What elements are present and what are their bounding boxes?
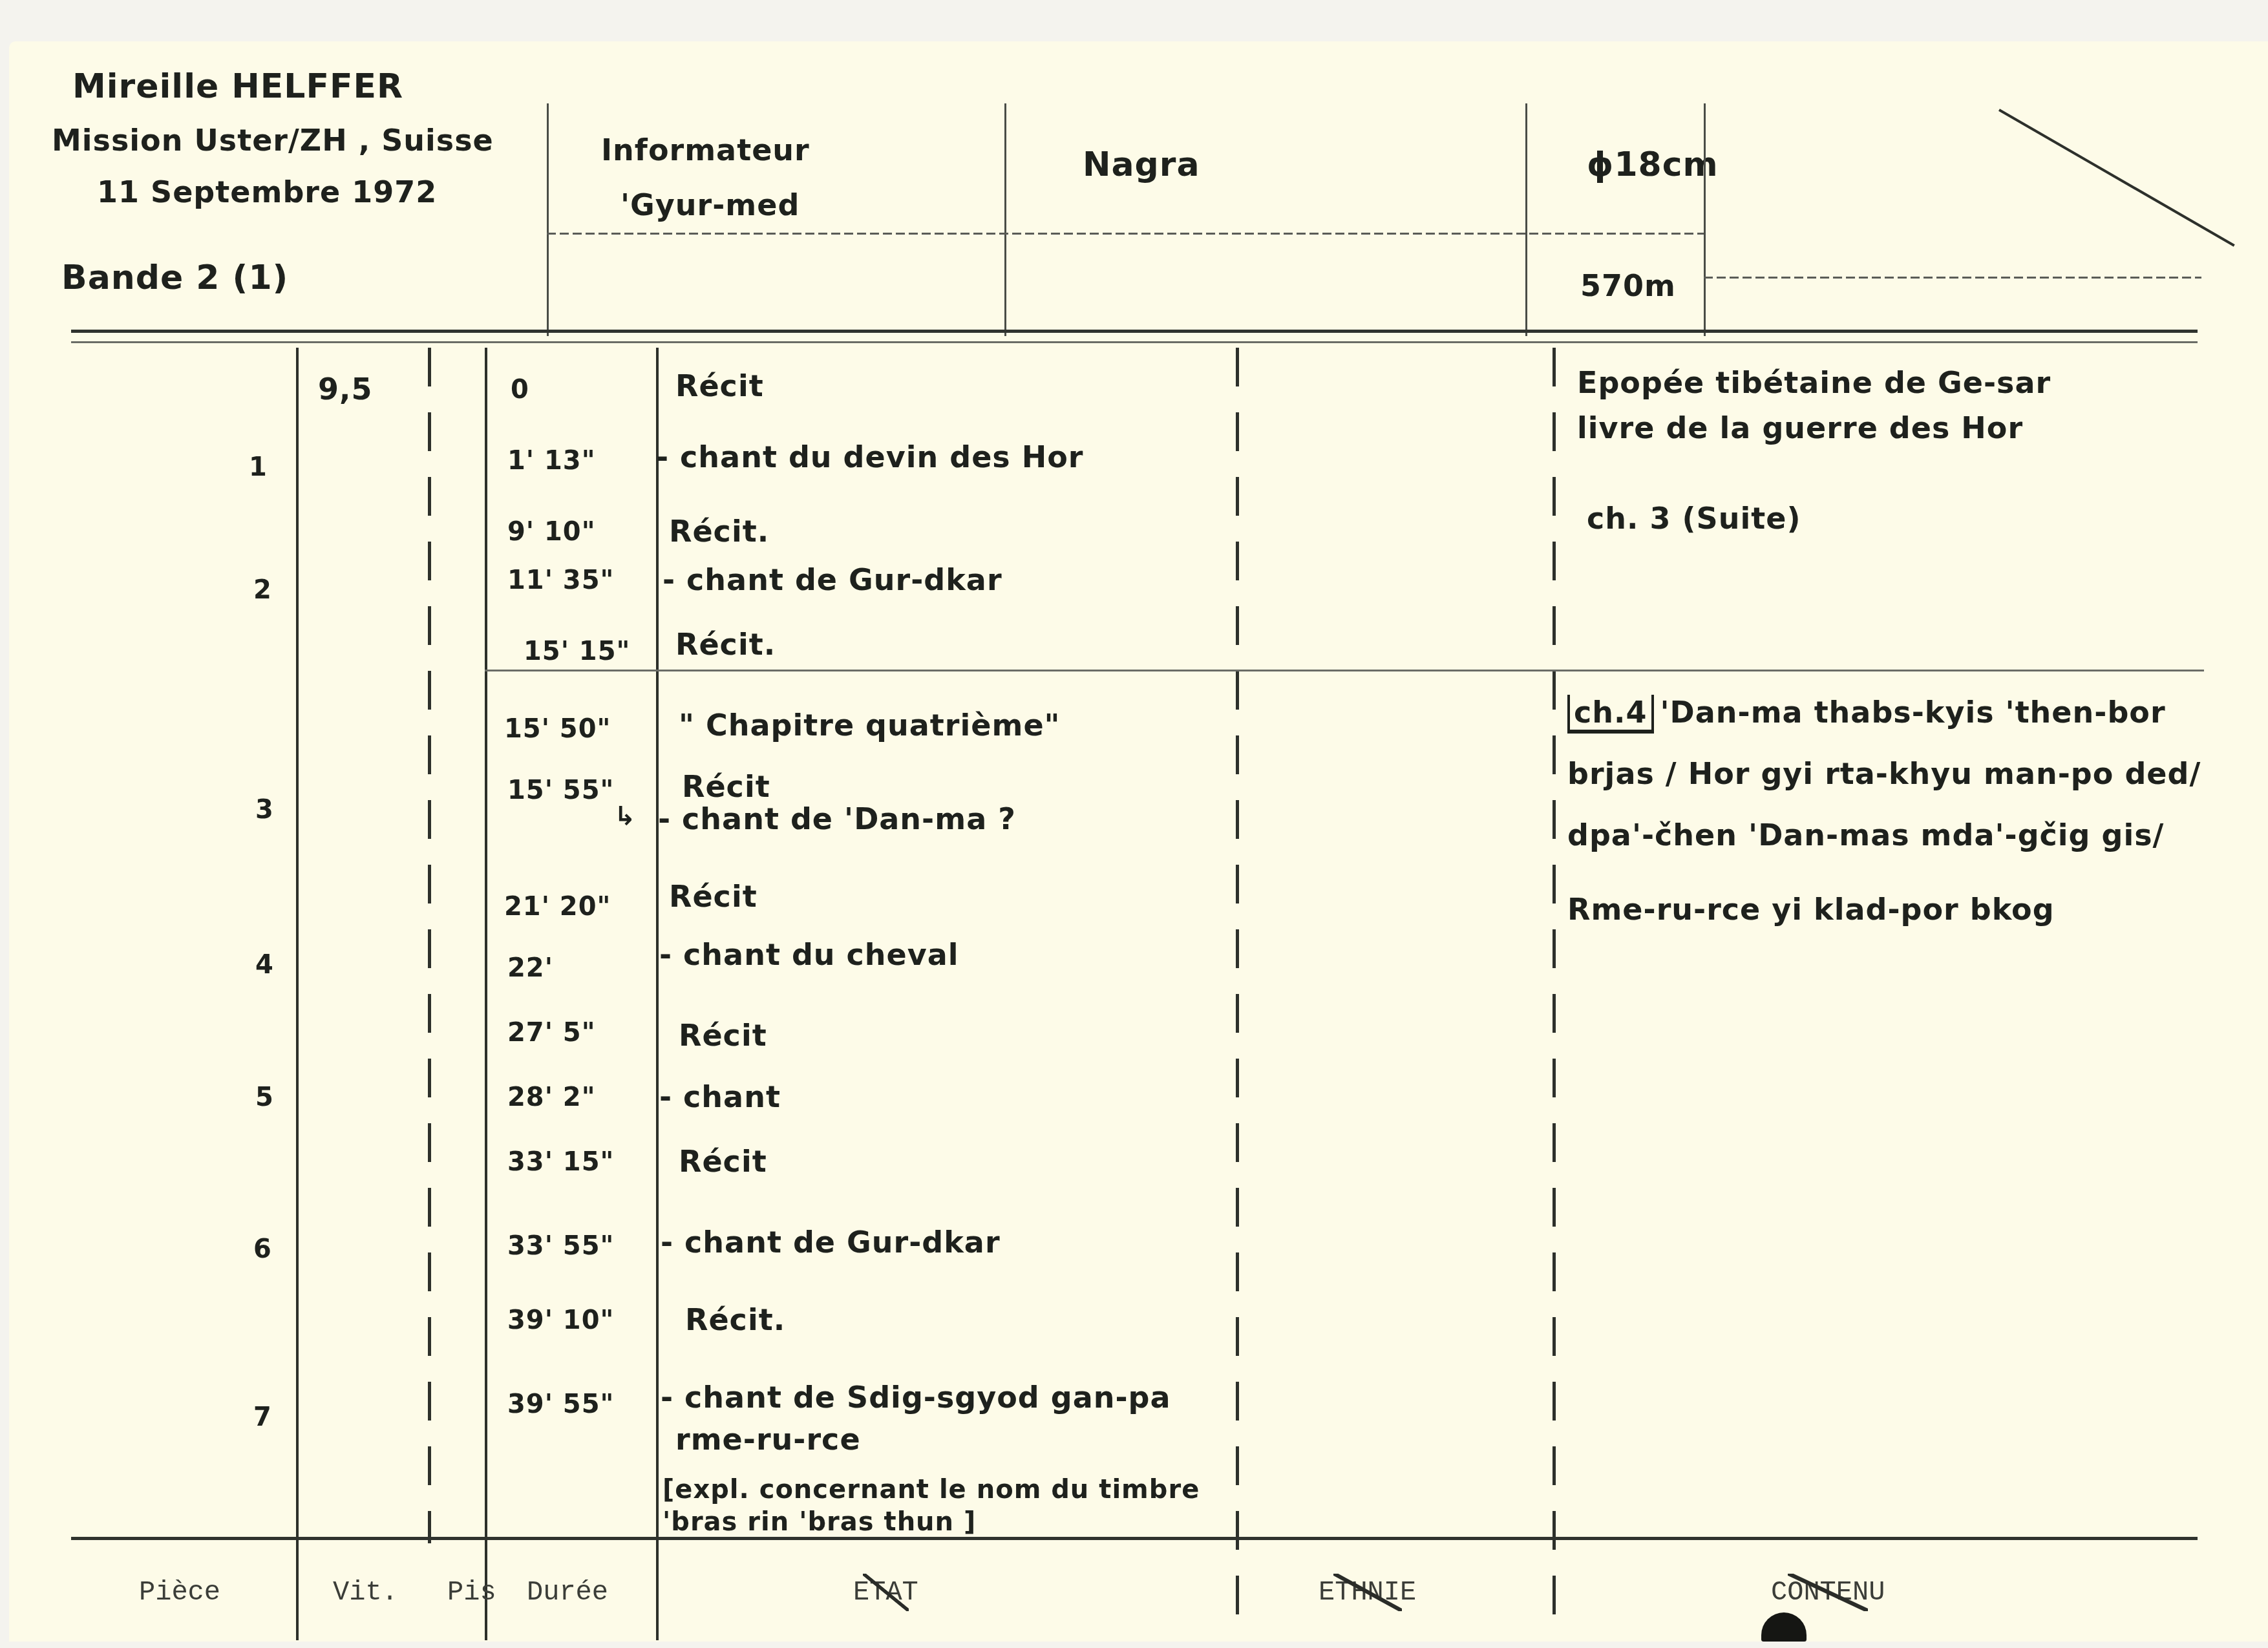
content-note-line: livre de la guerre des Hor [1577, 410, 2023, 445]
row-time: 11' 35" [507, 565, 614, 595]
column-label-pis: Pis [447, 1577, 496, 1608]
column-line-ethnie [1553, 348, 1556, 1614]
header-inner-rule [547, 233, 1704, 235]
row-time: 21' 20" [504, 892, 611, 922]
recording-date: 11 Septembre 1972 [97, 174, 437, 209]
chapter-separator [485, 670, 2204, 671]
row-etat: - chant de Gur-dkar [661, 1225, 1001, 1260]
row-time: 33' 55" [507, 1231, 614, 1261]
header-divider [547, 103, 549, 336]
column-line-piece [296, 348, 299, 1640]
row-etat: 'bras rin 'bras thun ] [662, 1507, 976, 1537]
row-time: 33' 15" [507, 1147, 614, 1177]
row-time: 22' [507, 953, 553, 983]
content-note-line: Rme-ru-rce yi klad-por bkog [1567, 892, 2055, 927]
row-etat: Récit [669, 879, 758, 914]
header-bottom-rule [71, 330, 2198, 333]
struck-label: CONTENU [1771, 1577, 1885, 1608]
row-etat: Récit [682, 769, 770, 804]
row-etat: - chant du devin des Hor [656, 439, 1084, 474]
row-etat: Récit. [675, 627, 776, 662]
column-label-contenu: CONTENU [1771, 1577, 1885, 1608]
row-time: 15' 50" [504, 714, 611, 744]
row-piece: 3 [255, 795, 274, 825]
header-divider [1704, 103, 1706, 336]
struck-label: ETAT [853, 1577, 918, 1608]
content-note-line: ch. 3 (Suite) [1587, 501, 1801, 536]
column-line-etat [1236, 348, 1239, 1614]
header-bottom-rule [71, 341, 2198, 343]
column-label-duree: Durée [527, 1577, 608, 1608]
recorder-model: Nagra [1083, 145, 1200, 184]
content-note-line: ch.4'Dan-ma thabs-kyis 'then-bor [1567, 695, 2166, 734]
row-piece: 5 [255, 1083, 274, 1112]
column-line-duree [656, 348, 659, 1640]
row-etat: - chant [659, 1079, 781, 1114]
collector-name: Mireille HELFFER [72, 67, 403, 106]
row-time: 15' 55" [507, 776, 614, 805]
row-etat: " Chapitre quatrième" [679, 708, 1061, 743]
row-time: 0 [511, 375, 529, 405]
row-etat: - chant de Sdig-sgyod gan-pa [661, 1380, 1171, 1415]
row-etat: - chant du cheval [659, 937, 959, 972]
column-label-vit: Vit. [333, 1577, 398, 1608]
row-etat: - chant de Gur-dkar [662, 562, 1002, 597]
chapter-box: ch.4 [1567, 695, 1654, 734]
content-note-line: Epopée tibétaine de Ge-sar [1577, 365, 2051, 400]
row-time: 15' 15" [524, 637, 630, 666]
row-time: 1' 13" [507, 446, 596, 476]
chapter-title: 'Dan-ma thabs-kyis 'then-bor [1660, 695, 2166, 730]
row-etat: Récit [679, 1144, 767, 1179]
column-line-vit [428, 348, 431, 1543]
reel-diameter: ϕ18cm [1587, 145, 1719, 184]
struck-label: ETHNIE [1319, 1577, 1416, 1608]
row-time: 27' 5" [507, 1018, 596, 1048]
row-piece: 2 [253, 575, 272, 605]
content-note-line: dpa'-čhen 'Dan-mas mda'-gčig gis/ [1567, 818, 2164, 852]
column-label-ethnie: ETHNIE [1319, 1577, 1416, 1608]
tape-length: 570m [1580, 268, 1676, 303]
tape-number: Bande 2 (1) [61, 259, 288, 297]
row-piece: 7 [253, 1402, 272, 1432]
column-label-etat: ETAT [853, 1577, 918, 1608]
header-divider [1004, 103, 1006, 336]
continuation-arrow-icon: ↳ [614, 801, 637, 831]
row-etat: Récit [679, 1018, 767, 1053]
row-etat: rme-ru-rce [675, 1422, 861, 1457]
row-etat: [expl. concernant le nom du timbre [662, 1475, 1200, 1505]
row-piece: 4 [255, 950, 274, 980]
informant-label: Informateur [601, 132, 810, 167]
informant-name: 'Gyur-med [620, 187, 800, 222]
row-time: 39' 10" [507, 1305, 614, 1335]
row-piece: 1 [249, 452, 268, 482]
footer-top-rule [71, 1537, 2198, 1540]
content-note-line: brjas / Hor gyi rta-khyu man-po ded/ [1567, 756, 2201, 791]
row-etat: Récit [675, 368, 764, 403]
mission-location: Mission Uster/ZH , Suisse [52, 123, 494, 158]
row-etat: - chant de 'Dan-ma ? [658, 801, 1016, 836]
row-etat: Récit. [685, 1302, 785, 1337]
column-label-piece: Pièce [139, 1577, 220, 1608]
row-time: 28' 2" [507, 1083, 596, 1112]
header-divider [1525, 103, 1527, 336]
column-line-pis [485, 348, 487, 1640]
speed-value: 9,5 [318, 372, 373, 407]
row-piece: 6 [253, 1234, 272, 1264]
header-inner-rule [1704, 277, 2201, 279]
row-etat: Récit. [669, 514, 769, 549]
row-time: 39' 55" [507, 1389, 614, 1419]
row-time: 9' 10" [507, 517, 596, 547]
